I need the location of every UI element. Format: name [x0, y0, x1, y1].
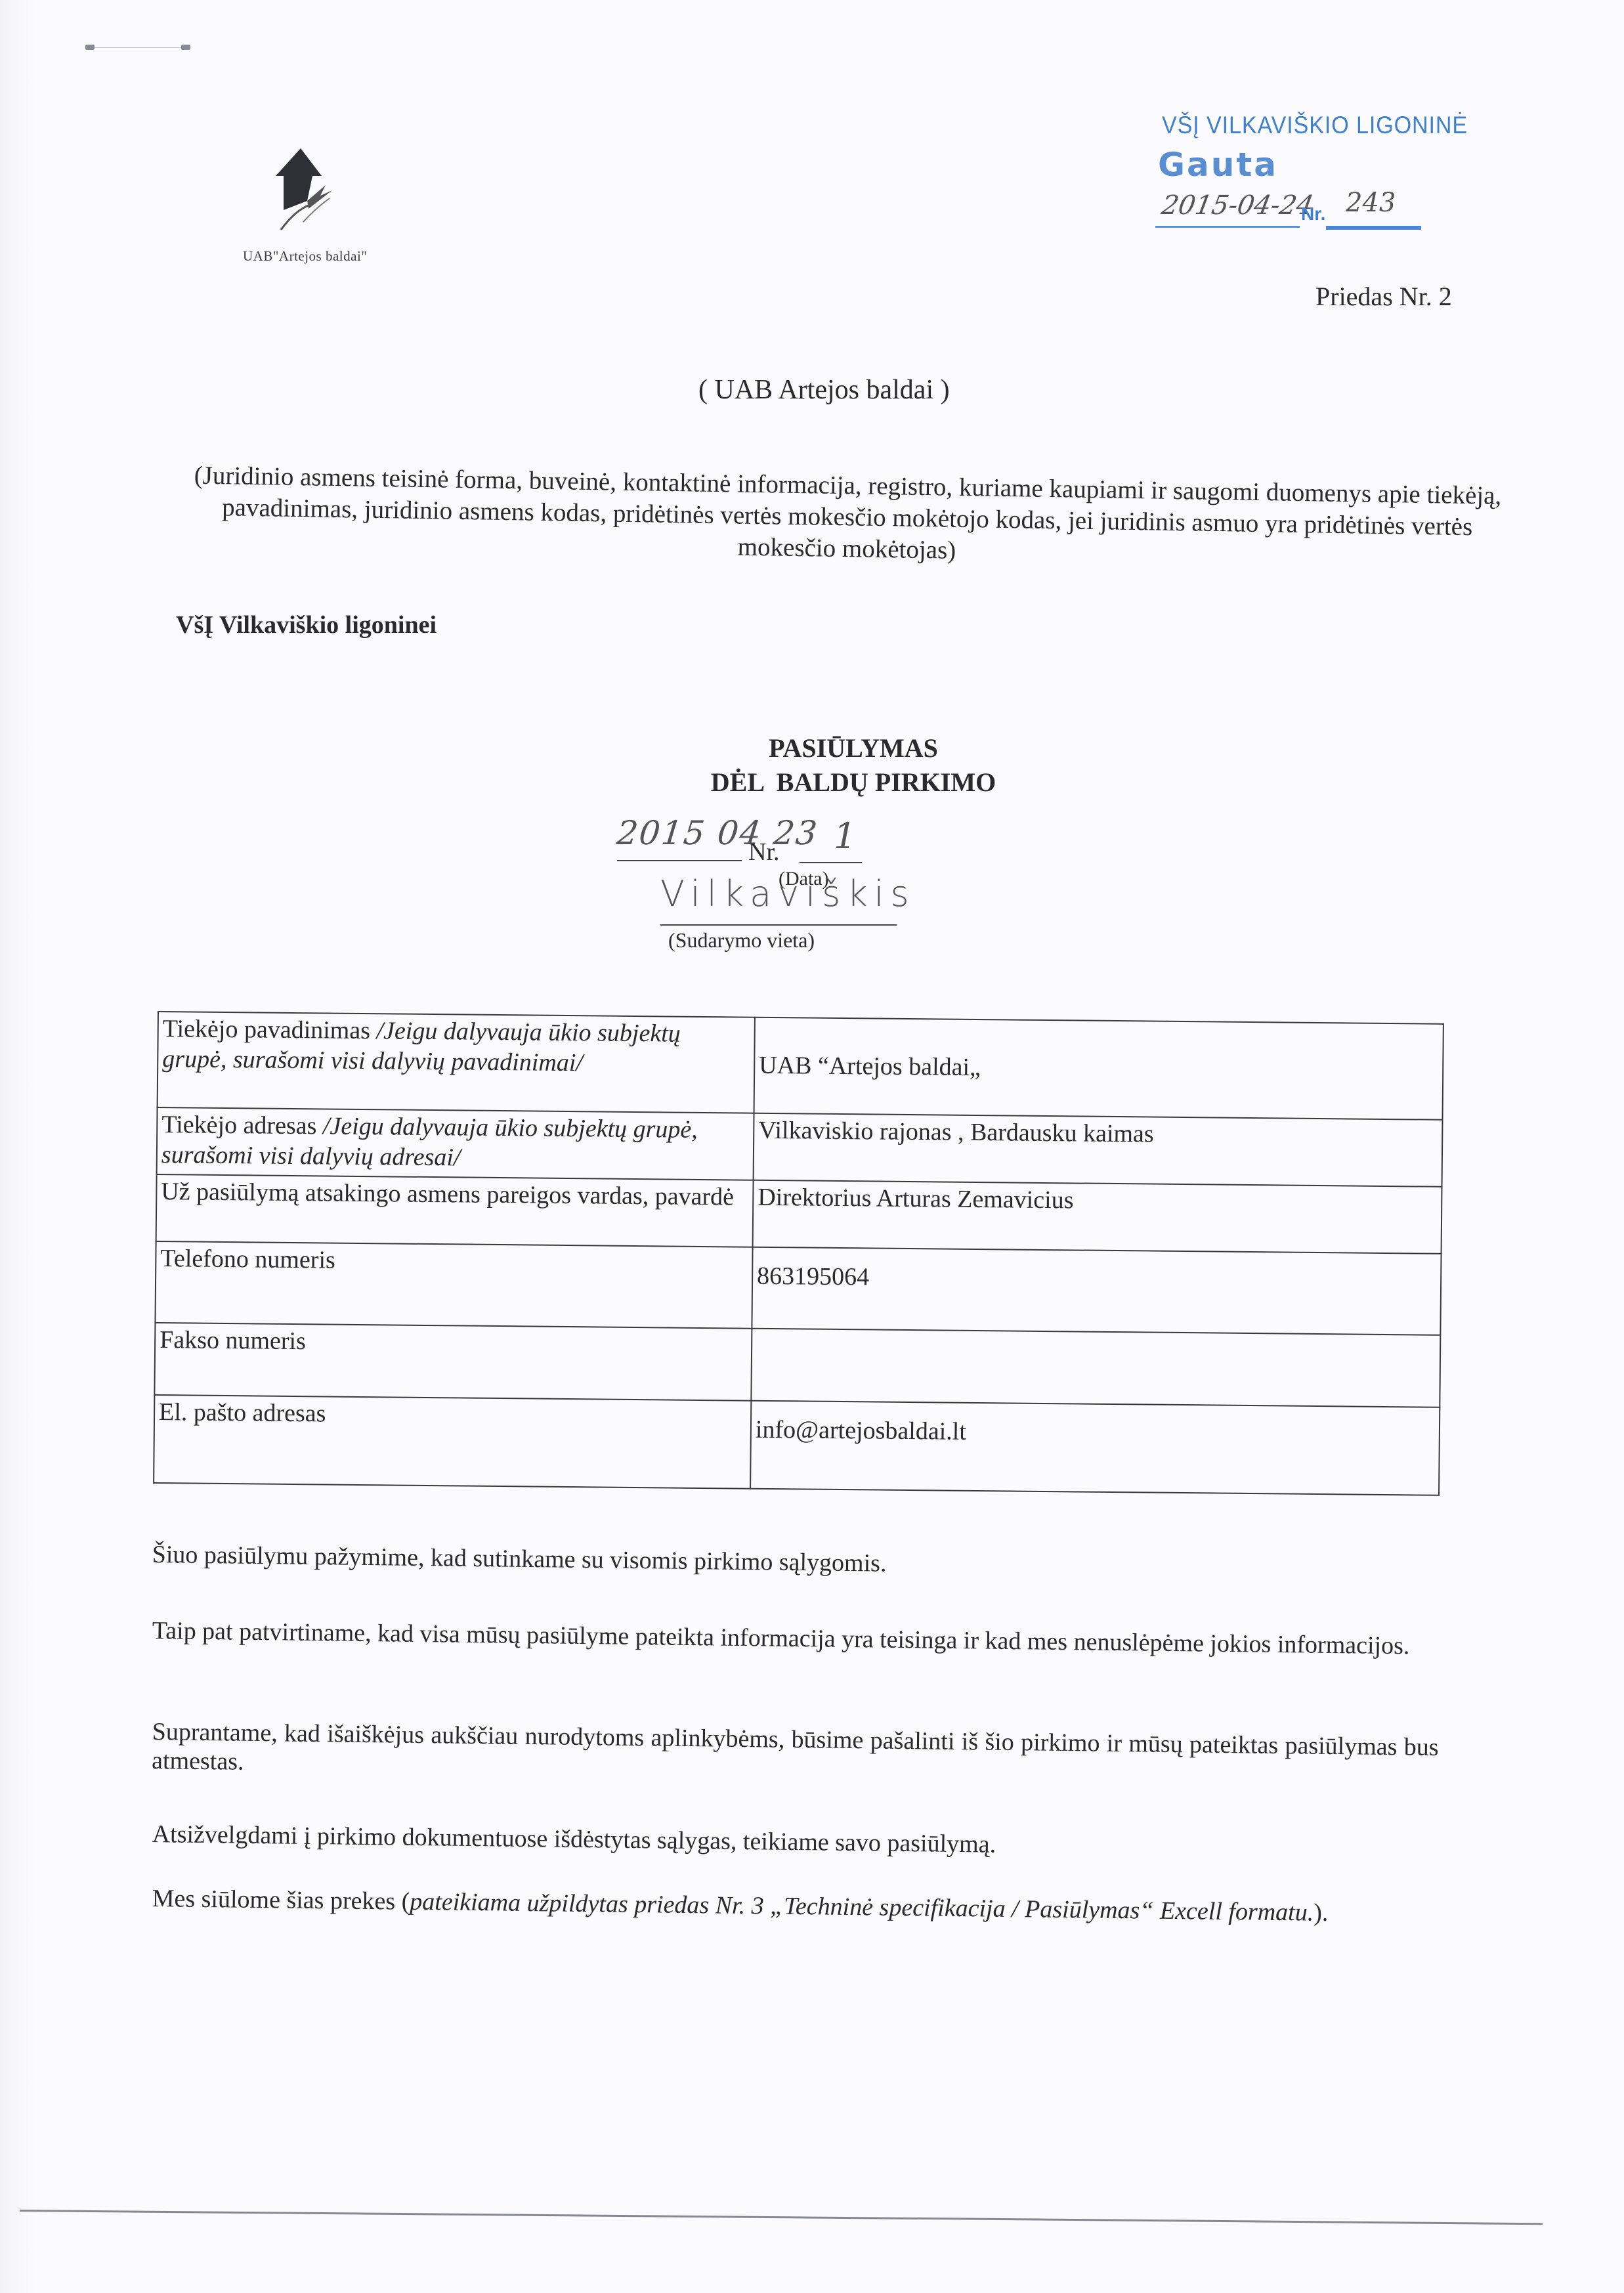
stamp-underline — [1326, 226, 1421, 230]
responsible-person-value: Direktorius Arturas Zemavicius — [753, 1180, 1442, 1254]
table-row: Telefono numeris 863195064 — [155, 1241, 1441, 1335]
recipient: VšĮ Vilkaviškio ligoninei — [176, 611, 437, 639]
stamp-received-date: 2015-04-24 — [1159, 190, 1316, 221]
supplier-name-value: UAB “Artejos baldai„ — [754, 1018, 1443, 1120]
row-label: Telefono numeris — [155, 1241, 752, 1329]
table-row: Už pasiūlymą atsakingo asmens pareigos v… — [156, 1174, 1442, 1254]
paragraph-exclusion: Suprantame, kad išaiškėjus aukščiau nuro… — [152, 1717, 1439, 1791]
title-line-2: DĖL BALDŲ PIRKIMO — [591, 765, 1116, 800]
stamp-number-label: Nr. — [1301, 204, 1325, 225]
stamp-registration-number: 243 — [1346, 188, 1396, 218]
row-label: Fakso numeris — [154, 1323, 752, 1401]
handwritten-place: Vilkaviškis — [660, 873, 916, 914]
row-label: Už pasiūlymą atsakingo asmens pareigos v… — [156, 1174, 754, 1247]
table-row: Tiekėjo adresas /Jeigu dalyvauja ūkio su… — [157, 1107, 1443, 1187]
place-caption: (Sudarymo vieta) — [668, 928, 815, 953]
table-row: Fakso numeris — [154, 1323, 1440, 1407]
row-label: Tiekėjo adresas /Jeigu dalyvauja ūkio su… — [157, 1107, 754, 1180]
scan-mark — [85, 43, 190, 50]
email-value: info@artejosbaldai.lt — [750, 1401, 1440, 1495]
company-logo: UAB"Artejos baldai" — [217, 144, 427, 276]
place-underline — [660, 924, 897, 926]
row-label: Tiekėjo pavadinimas /Jeigu dalyvauja ūki… — [158, 1012, 755, 1113]
phone-value: 863195064 — [752, 1247, 1441, 1335]
title-line-1: PASIŪLYMAS — [591, 731, 1116, 765]
table-row: El. pašto adresas info@artejosbaldai.lt — [154, 1395, 1440, 1495]
fax-value — [751, 1329, 1440, 1407]
date-field: 2015 04 23 Nr. 1 — [617, 814, 985, 867]
place-field: Vilkaviškis — [660, 873, 936, 926]
date-underline — [617, 860, 742, 861]
scan-edge — [0, 0, 34, 2293]
paragraph-confirmation: Taip pat patvirtiname, kad visa mūsų pas… — [152, 1616, 1438, 1661]
document-title: PASIŪLYMAS DĖL BALDŲ PIRKIMO — [591, 731, 1116, 800]
number-underline — [800, 862, 862, 863]
table-row: Tiekėjo pavadinimas /Jeigu dalyvauja ūki… — [158, 1012, 1443, 1120]
number-label: Nr. — [748, 838, 780, 867]
row-label: El. pašto adresas — [154, 1395, 751, 1489]
supplier-name-line: ( UAB Artejos baldai ) — [698, 374, 950, 406]
stamp-organization: VŠĮ VILKAVIŠKIO LIGONINĖ — [1162, 112, 1468, 139]
stamp-underline — [1155, 226, 1300, 228]
handwritten-number: 1 — [834, 815, 856, 857]
scan-bottom-line — [20, 2210, 1543, 2225]
paragraph-offer: Atsižvelgdami į pirkimo dokumentuose išd… — [152, 1820, 1438, 1864]
handwritten-date: 2015 04 23 — [615, 814, 820, 852]
stamp-received-label: Gauta — [1158, 146, 1278, 184]
supplier-address-value: Vilkaviskio rajonas , Bardausku kaimas — [754, 1113, 1443, 1187]
paragraph-agreement: Šiuo pasiūlymu pažymime, kad sutinkame s… — [152, 1540, 1438, 1585]
received-stamp: VŠĮ VILKAVIŠKIO LIGONINĖ Gauta 2015-04-2… — [1155, 98, 1575, 236]
house-arrow-logo-icon — [269, 144, 341, 243]
supplier-info-table: Tiekėjo pavadinimas /Jeigu dalyvauja ūki… — [153, 1011, 1444, 1496]
appendix-label: Priedas Nr. 2 — [1315, 281, 1452, 312]
logo-caption: UAB"Artejos baldai" — [243, 248, 367, 265]
paragraph-goods: Mes siūlome šias prekes (pateikiama užpi… — [152, 1884, 1438, 1929]
supplier-description: (Juridinio asmens teisinė forma, buveinė… — [171, 460, 1524, 575]
